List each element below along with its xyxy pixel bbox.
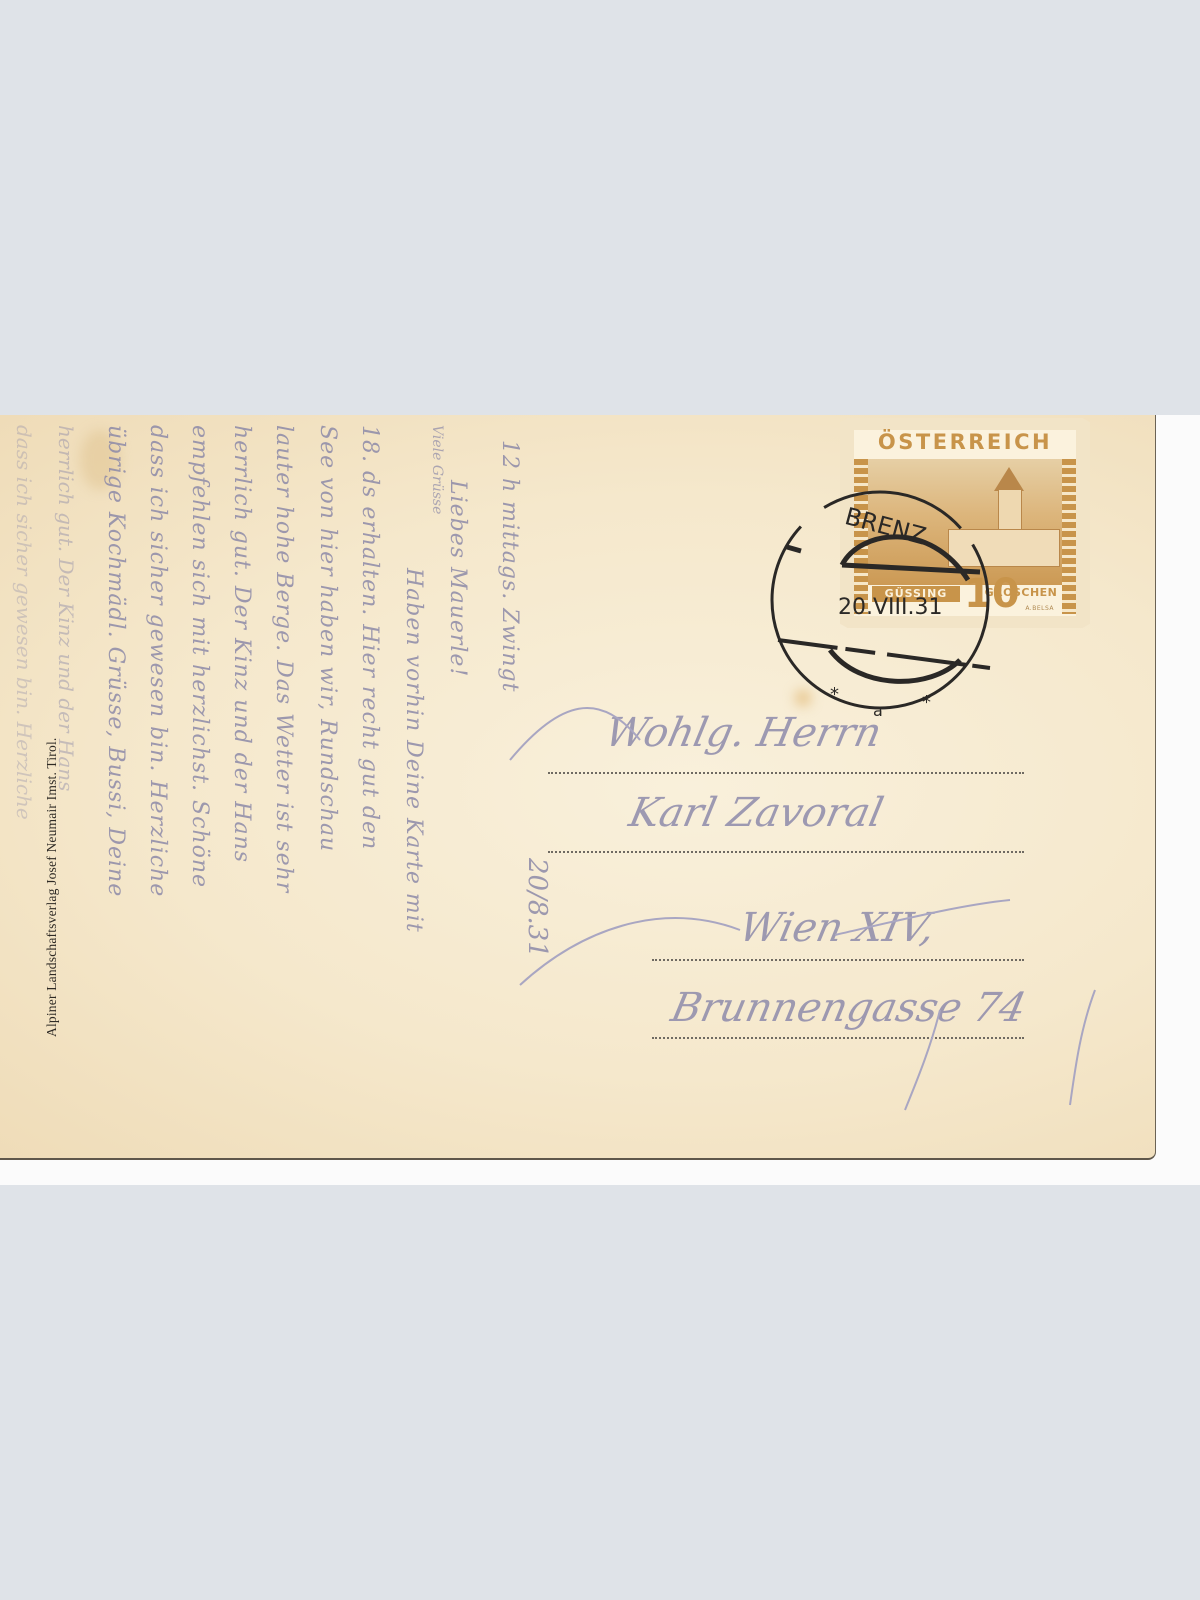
stamp-castle-picture xyxy=(868,459,1062,585)
message-line: Liebes Mauerle! xyxy=(445,480,470,677)
message-line: Haben vorhin Deine Karte mit xyxy=(401,568,426,933)
margin-note: Viele Grüsse xyxy=(429,425,445,514)
message-line: übrige Kochmädl. Grüsse, Bussi, Deine xyxy=(103,425,128,897)
address-line-1 xyxy=(548,772,1024,774)
stamp-border xyxy=(854,459,868,614)
stamp-border xyxy=(1062,459,1076,614)
castle-icon xyxy=(948,529,1060,567)
address-line-4 xyxy=(652,1037,1024,1039)
message-line: herrlich gut. Der Kinz und der Hans xyxy=(229,425,254,863)
address-line-3 xyxy=(652,959,1024,961)
address-salutation: Wohlg. Herrn xyxy=(601,710,885,756)
address-line-2 xyxy=(548,851,1024,853)
message-line: empfehlen sich mit herzlichst. Schöne xyxy=(187,425,212,888)
church-spire-icon xyxy=(994,467,1024,491)
stamp-designer: A.BELSA xyxy=(1025,605,1054,612)
address-city: Wien XIV, xyxy=(735,905,939,951)
message-line: See von hier haben wir, Rundschau xyxy=(315,425,340,852)
address-street: Brunnengasse 74 xyxy=(667,985,1030,1031)
stamp-place: GÜSSING xyxy=(872,586,960,602)
stamp-country: ÖSTERREICH xyxy=(854,430,1076,454)
stamp-currency: GROSCHEN xyxy=(980,586,1062,602)
message-line-faded: herrlich gut. Der Kinz und der Hans xyxy=(54,425,78,791)
paper-stain xyxy=(795,690,811,706)
pencil-date: 20/8.31 xyxy=(522,858,552,958)
message-line: 12 h mittags. Zwingt xyxy=(497,440,522,692)
message-line: lauter hohe Berge. Das Wetter ist sehr xyxy=(271,425,296,893)
message-line: dass ich sicher gewesen bin. Herzliche xyxy=(145,425,170,897)
message-line-faded: dass ich sicher gewesen bin. Herzliche xyxy=(12,425,36,820)
address-name: Karl Zavoral xyxy=(625,790,887,836)
postage-stamp: ÖSTERREICH GÜSSING 10 GROSCHEN A.BELSA xyxy=(840,418,1090,628)
message-line: 18. ds erhalten. Hier recht gut den xyxy=(357,425,382,850)
